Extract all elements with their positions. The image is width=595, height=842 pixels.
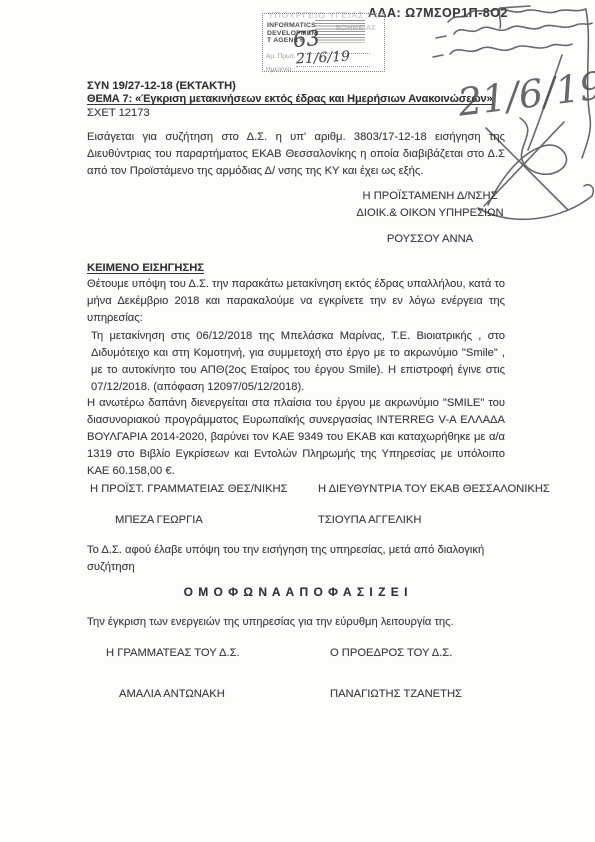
director-title-line-1: Η ΠΡΟΪΣΤΑΜΕΝΗ Δ/ΝΣΗΣ	[340, 188, 520, 205]
recommendation-heading: ΚΕΙΜΕΝΟ ΕΙΣΗΓΗΣΗΣ	[87, 260, 204, 277]
decision-heading: Ο Μ Ο Φ Ω Ν Α Α Π Ο Φ Α Σ Ι Ζ Ε Ι	[87, 584, 505, 601]
date-label: Ημερ/νία	[266, 66, 291, 73]
director-title-block: Η ΠΡΟΪΣΤΑΜΕΝΗ Δ/ΝΣΗΣ ΔΙΟΙΚ.& ΟΙΚΟΝ ΥΠΗΡΕ…	[340, 188, 520, 222]
handwritten-protocol-number: 63	[292, 26, 321, 52]
handwritten-dash-3	[433, 55, 443, 57]
handwritten-stamp-date: 21/6/19	[296, 49, 351, 68]
decision-body: Την έγκριση των ενεργειών της υπηρεσίας …	[87, 614, 519, 631]
decision-preamble: Το Δ.Σ. αφού έλαβε υπόψη του την εισήγησ…	[87, 542, 519, 576]
secretary-thessaloniki-title: Η ΠΡΟΪΣΤ. ΓΡΑΜΜΑΤΕΙΑΣ ΘΕΣ/ΝΙΚΗΣ	[90, 481, 288, 498]
secretary-thessaloniki-name: ΜΠΕΖΑ ΓΕΩΡΓΙΑ	[115, 512, 203, 529]
ekab-director-title: Η ΔΙΕΥΘΥΝΤΡΙΑ ΤΟΥ ΕΚΑΒ ΘΕΣΣΑΛΟΝΙΚΗΣ	[318, 481, 550, 498]
recommendation-paragraph-2: Τη μετακίνηση στις 06/12/2018 της Μπελάσ…	[87, 328, 505, 396]
ekab-director-name: ΤΣΙΟΥΠΑ ΑΓΓΕΛΙΚΗ	[318, 512, 421, 529]
handwritten-scribble-line-2	[454, 23, 592, 34]
scanned-document-page: ΑΔΑ: Ω7ΜΣΟΡ1Π-8Ο2 ΥΠΟΥΡΓΕΙΟ ΥΓΕΙΑΣ ΒΟΗΘΕ…	[0, 0, 595, 842]
board-president-title: Ο ΠΡΟΕΔΡΟΣ ΤΟΥ Δ.Σ.	[330, 645, 452, 662]
board-secretary-name: ΑΜΑΛΙΑ ΑΝΤΩΝΑΚΗ	[119, 686, 225, 703]
board-secretary-title: Η ΓΡΑΜΜΑΤΕΑΣ ΤΟΥ Δ.Σ.	[106, 645, 240, 662]
director-title-line-2: ΔΙΟΙΚ.& ΟΙΚΟΝ ΥΠΗΡΕΣΙΩΝ	[340, 205, 520, 222]
intro-paragraph: Εισάγεται για συζήτηση στο Δ.Σ. η υπ' αρ…	[87, 129, 505, 180]
handwritten-dash-2	[436, 36, 446, 38]
handwritten-scribble-line-3	[450, 44, 572, 54]
reference-line: ΣΧΕΤ 12173	[87, 105, 150, 122]
director-name: ΡΟΥΣΣΟΥ ΑΝΝΑ	[340, 231, 520, 248]
board-president-name: ΠΑΝΑΓΙΩΤΗΣ ΤΖΑΝΕΤΗΣ	[330, 686, 462, 703]
digital-signature-microtext	[315, 20, 365, 43]
recommendation-paragraph-1: Θέτουμε υπόψη του Δ.Σ. την παρακάτω μετα…	[87, 276, 505, 327]
handwritten-scribble-line-1	[448, 9, 586, 22]
recommendation-paragraph-3: Η ανωτέρω δαπάνη διενεργείται στα πλαίσι…	[87, 395, 505, 480]
